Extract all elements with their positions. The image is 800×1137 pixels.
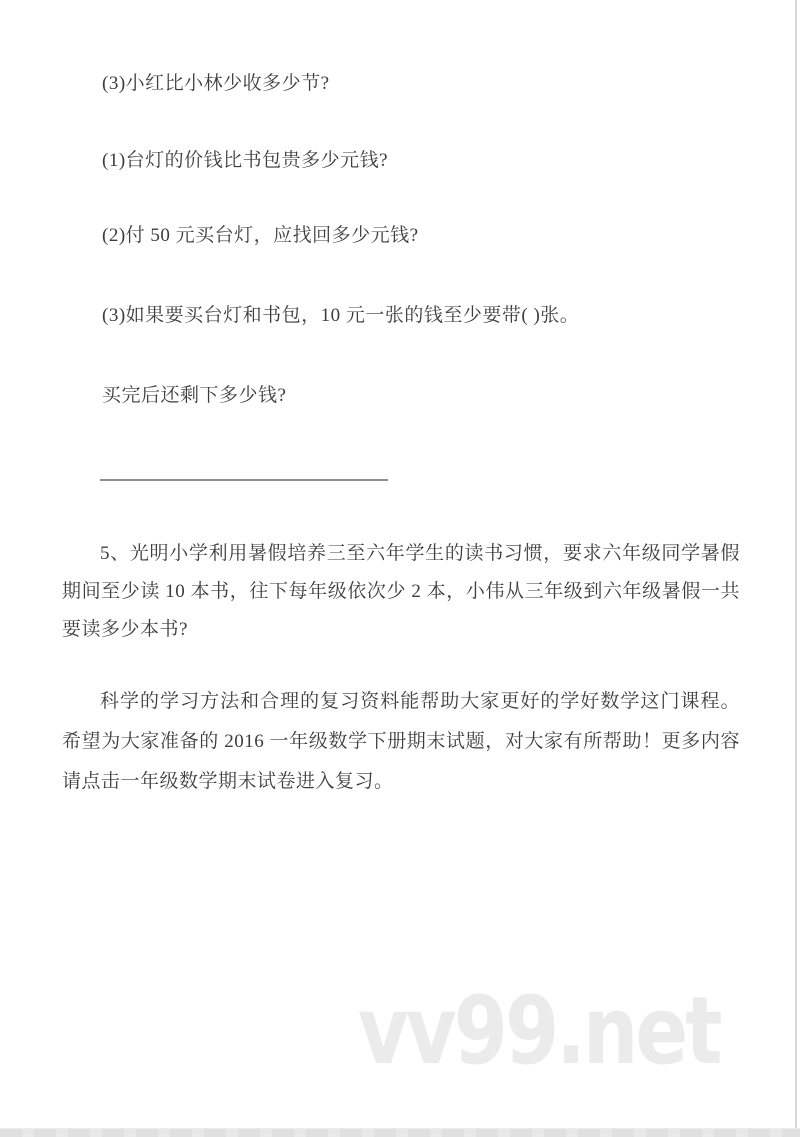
question-line-2-change: (2)付 50 元买台灯，应找回多少元钱? — [102, 222, 752, 250]
question-line-3-count: (3)小红比小林少收多少节? — [102, 70, 752, 98]
page-right-edge-line — [795, 0, 797, 1137]
answer-blank-line — [100, 479, 388, 481]
worksheet-page: (3)小红比小林少收多少节? (1)台灯的价钱比书包贵多少元钱? (2)付 50… — [0, 0, 800, 1137]
question-line-3-bills: (3)如果要买台灯和书包，10 元一张的钱至少要带( )张。 — [102, 302, 752, 330]
question-line-remaining-money: 买完后还剩下多少钱? — [102, 382, 752, 410]
problem-5-paragraph: 5、光明小学利用暑假培养三至六年学生的读书习惯，要求六年级同学暑假期间至少读 1… — [62, 535, 740, 649]
question-line-1-lamp-price: (1)台灯的价钱比书包贵多少元钱? — [102, 147, 752, 175]
watermark-text: vv99.net — [358, 985, 720, 1079]
closing-paragraph: 科学的学习方法和合理的复习资料能帮助大家更好的学好数学这门课程。希望为大家准备的… — [62, 682, 740, 802]
page-bottom-edge-strip — [0, 1128, 800, 1137]
